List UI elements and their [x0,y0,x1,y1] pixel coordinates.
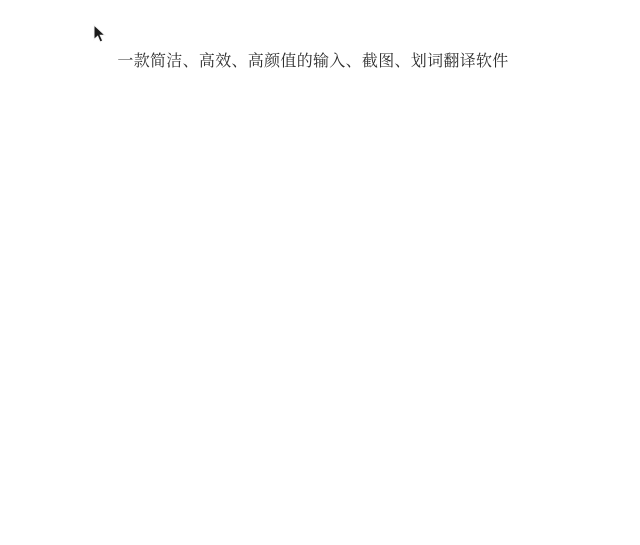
arrow-cursor-icon [93,24,106,44]
tagline-text: 一款简洁、高效、高颜值的输入、截图、划词翻译软件 [0,51,626,73]
page-background: 一款简洁、高效、高颜值的输入、截图、划词翻译软件 [0,0,640,545]
